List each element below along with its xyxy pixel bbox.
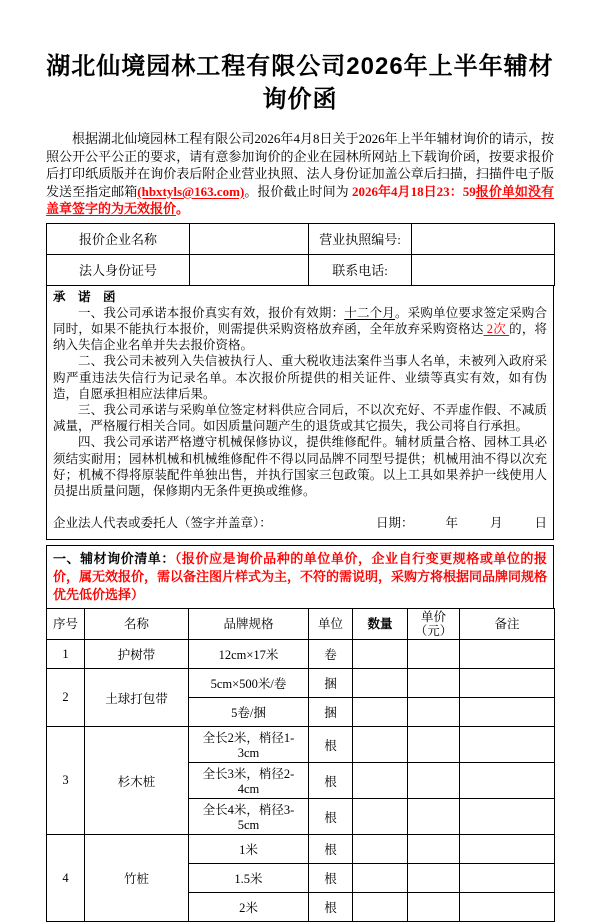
qty-cell bbox=[353, 799, 408, 835]
item-unit: 根 bbox=[309, 864, 353, 893]
license-number-field bbox=[412, 223, 555, 254]
item-spec: 5cm×500米/卷 bbox=[189, 669, 309, 698]
qty-cell bbox=[353, 640, 408, 669]
table-row: 3 杉木桩 全长2米，梢径1-3cm 根 bbox=[47, 727, 555, 763]
item-unit: 卷 bbox=[309, 640, 353, 669]
legal-id-label: 法人身份证号 bbox=[47, 254, 190, 285]
item-name: 竹桩 bbox=[85, 835, 189, 922]
month-label: 月 bbox=[490, 516, 503, 530]
col-header-name: 名称 bbox=[85, 609, 189, 640]
deadline-text: 2026年4月18日23：59 bbox=[352, 184, 476, 199]
commitment-letter-box: 承 诺 函 一、我公司承诺本报价真实有效，报价有效期：十二个月。采购单位要求签定… bbox=[46, 285, 554, 541]
remark-cell bbox=[460, 669, 555, 698]
day-label: 日 bbox=[534, 516, 547, 530]
item-unit: 捆 bbox=[309, 698, 353, 727]
legal-id-field bbox=[190, 254, 309, 285]
remark-cell bbox=[460, 799, 555, 835]
intro-period: 。 bbox=[176, 201, 189, 216]
page-title-line2: 询价函 bbox=[263, 86, 338, 113]
item-name: 杉木桩 bbox=[85, 727, 189, 835]
price-cell bbox=[408, 669, 460, 698]
item-unit: 根 bbox=[309, 835, 353, 864]
item-unit: 根 bbox=[309, 893, 353, 922]
item-spec: 全长3米，梢径2-4cm bbox=[189, 763, 309, 799]
date-label: 日期： bbox=[376, 516, 414, 530]
remark-cell bbox=[460, 698, 555, 727]
page-title: 湖北仙境园林工程有限公司2026年上半年辅材 询价函 bbox=[46, 50, 554, 116]
date-group: 日期：年月日 bbox=[376, 515, 547, 531]
items-header-row: 序号 名称 品牌规格 单位 数量 单价（元） 备注 bbox=[47, 609, 555, 640]
qty-cell bbox=[353, 864, 408, 893]
year-label: 年 bbox=[445, 516, 458, 530]
item-spec: 12cm×17米 bbox=[189, 640, 309, 669]
validity-period: 十二个月 bbox=[344, 306, 395, 320]
remark-cell bbox=[460, 864, 555, 893]
contact-email: (hbxtyls@163.com) bbox=[137, 184, 244, 199]
table-row: 法人身份证号 联系电话: bbox=[47, 254, 555, 285]
col-header-unit: 单位 bbox=[309, 609, 353, 640]
item-unit: 捆 bbox=[309, 669, 353, 698]
company-name-label: 报价企业名称 bbox=[47, 223, 190, 254]
item-unit: 根 bbox=[309, 799, 353, 835]
price-cell bbox=[408, 640, 460, 669]
item-no: 1 bbox=[47, 640, 85, 669]
item-spec: 5卷/捆 bbox=[189, 698, 309, 727]
remark-cell bbox=[460, 763, 555, 799]
item-spec: 全长2米，梢径1-3cm bbox=[189, 727, 309, 763]
col-header-qty: 数量 bbox=[353, 609, 408, 640]
price-cell bbox=[408, 727, 460, 763]
price-cell bbox=[408, 893, 460, 922]
phone-field bbox=[412, 254, 555, 285]
qty-cell bbox=[353, 763, 408, 799]
qty-cell bbox=[353, 669, 408, 698]
page-title-line1: 湖北仙境园林工程有限公司2026年上半年辅材 bbox=[46, 53, 553, 80]
intro-text-2: 。报价截止时间为 bbox=[244, 184, 352, 199]
price-header-line2: （元） bbox=[415, 624, 453, 638]
qty-cell bbox=[353, 835, 408, 864]
item-spec: 全长4米，梢径3-5cm bbox=[189, 799, 309, 835]
qty-cell bbox=[353, 893, 408, 922]
col-header-index: 序号 bbox=[47, 609, 85, 640]
item-spec: 1米 bbox=[189, 835, 309, 864]
commitment-title: 承 诺 函 bbox=[53, 289, 547, 305]
col-header-remark: 备注 bbox=[460, 609, 555, 640]
price-cell bbox=[408, 835, 460, 864]
item-no: 4 bbox=[47, 835, 85, 922]
price-cell bbox=[408, 799, 460, 835]
table-row: 2 土球打包带 5cm×500米/卷 捆 bbox=[47, 669, 555, 698]
list-section-heading: 一、辅材询价清单：（报价应是询价品种的单位单价，企业自行变更规格或单位的报价，属… bbox=[46, 545, 554, 609]
col-header-spec: 品牌规格 bbox=[189, 609, 309, 640]
col-header-price: 单价（元） bbox=[408, 609, 460, 640]
qty-cell bbox=[353, 727, 408, 763]
item-unit: 根 bbox=[309, 727, 353, 763]
item-spec: 2米 bbox=[189, 893, 309, 922]
price-cell bbox=[408, 864, 460, 893]
signature-row: 企业法人代表或委托人（签字并盖章）： 日期：年月日 bbox=[53, 515, 547, 531]
intro-paragraph: 根据湖北仙境园林工程有限公司2026年4月8日关于2026年上半年辅材询价的请示… bbox=[46, 130, 554, 218]
table-row: 1 护树带 12cm×17米 卷 bbox=[47, 640, 555, 669]
remark-cell bbox=[460, 835, 555, 864]
remark-cell bbox=[460, 893, 555, 922]
price-cell bbox=[408, 698, 460, 727]
commitment-clause-3: 三、我公司承诺与采购单位签定材料供应合同后，不以次充好、不弄虚作假、不减质减量，… bbox=[53, 402, 547, 434]
signature-label: 企业法人代表或委托人（签字并盖章）： bbox=[53, 515, 272, 531]
item-spec: 1.5米 bbox=[189, 864, 309, 893]
price-cell bbox=[408, 763, 460, 799]
item-no: 2 bbox=[47, 669, 85, 727]
company-name-field bbox=[190, 223, 309, 254]
qty-cell bbox=[353, 698, 408, 727]
remark-cell bbox=[460, 727, 555, 763]
table-row: 报价企业名称 营业执照编号: bbox=[47, 223, 555, 254]
document-page: 湖北仙境园林工程有限公司2026年上半年辅材 询价函 根据湖北仙境园林工程有限公… bbox=[46, 0, 554, 922]
item-name: 土球打包带 bbox=[85, 669, 189, 727]
items-table: 序号 名称 品牌规格 单位 数量 单价（元） 备注 1 护树带 12cm×17米… bbox=[46, 608, 555, 922]
item-name: 护树带 bbox=[85, 640, 189, 669]
commitment-clause-2: 二、我公司未被列入失信被执行人、重大税收违法案件当事人名单，未被列入政府采购严重… bbox=[53, 353, 547, 402]
commitment-clause-4: 四、我公司承诺严格遵守机械保修协议，提供维修配件。辅材质量合格、园林工具必须结实… bbox=[53, 434, 547, 499]
remark-cell bbox=[460, 640, 555, 669]
bidder-info-table: 报价企业名称 营业执照编号: 法人身份证号 联系电话: bbox=[46, 223, 555, 286]
price-header-line1: 单价 bbox=[421, 610, 446, 624]
item-no: 3 bbox=[47, 727, 85, 835]
item-unit: 根 bbox=[309, 763, 353, 799]
commitment-clause-1: 一、我公司承诺本报价真实有效，报价有效期：十二个月。采购单位要求签定采购合同时，… bbox=[53, 305, 547, 354]
phone-label: 联系电话: bbox=[309, 254, 412, 285]
license-number-label: 营业执照编号: bbox=[309, 223, 412, 254]
abandon-count: 2次 bbox=[484, 322, 510, 336]
table-row: 4 竹桩 1米 根 bbox=[47, 835, 555, 864]
list-heading-black: 一、辅材询价清单： bbox=[53, 551, 175, 566]
clause1-text: 一、我公司承诺本报价真实有效，报价有效期： bbox=[78, 306, 344, 320]
